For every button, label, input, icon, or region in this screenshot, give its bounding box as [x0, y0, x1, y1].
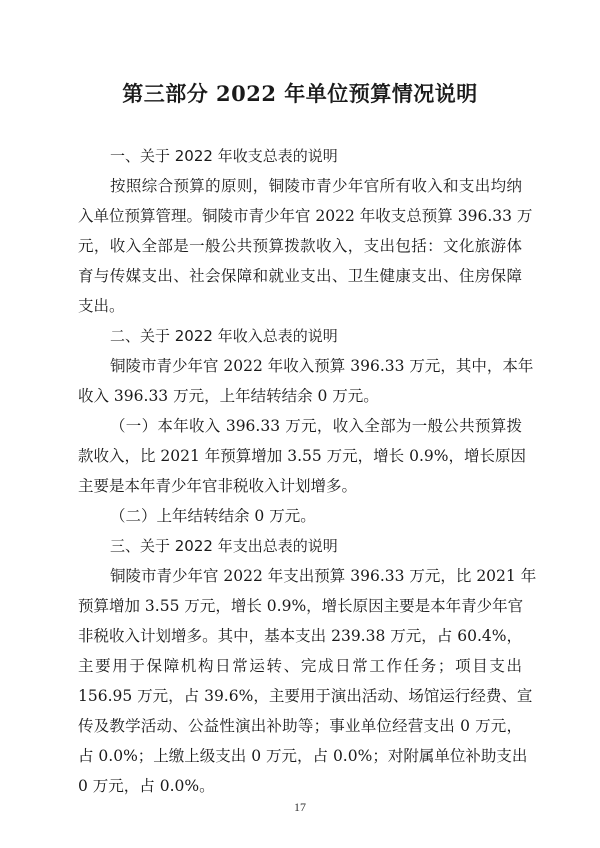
paragraph-line: 育与传媒支出、社会保障和就业支出、卫生健康支出、住房保障: [78, 261, 522, 291]
paragraph-line: 铜陵市青少年官 2022 年支出预算 396.33 万元，比 2021 年: [110, 561, 522, 591]
paragraph-line: 156.95 万元，占 39.6%，主要用于演出活动、场馆运行经费、宣: [78, 681, 522, 711]
paragraph-line: 主要是本年青少年官非税收入计划增多。: [78, 471, 522, 501]
page-title: 第三部分 2022 年单位预算情况说明: [0, 78, 600, 108]
page-number: 17: [0, 800, 600, 815]
paragraph-line: 0 万元，占 0.0%。: [78, 771, 522, 801]
paragraph-line: 传及教学活动、公益性演出补助等；事业单位经营支出 0 万元，: [78, 711, 522, 741]
paragraph-line: （一）本年收入 396.33 万元，收入全部为一般公共预算拨: [110, 411, 522, 441]
paragraph-line: 收入 396.33 万元，上年结转结余 0 万元。: [78, 381, 522, 411]
paragraph-line: 占 0.0%；上缴上级支出 0 万元，占 0.0%；对附属单位补助支出: [78, 741, 522, 771]
paragraph-line: 非税收入计划增多。其中，基本支出 239.38 万元，占 60.4%，: [78, 621, 522, 651]
paragraph-line: 预算增加 3.55 万元，增长 0.9%，增长原因主要是本年青少年官: [78, 591, 522, 621]
section-heading-3: 三、关于 2022 年支出总表的说明: [110, 531, 338, 561]
section-heading-1: 一、关于 2022 年收支总表的说明: [110, 141, 338, 171]
paragraph-line: 入单位预算管理。铜陵市青少年官 2022 年收支总预算 396.33 万: [78, 201, 522, 231]
paragraph-line: （二）上年结转结余 0 万元。: [110, 501, 522, 531]
paragraph-line: 铜陵市青少年官 2022 年收入预算 396.33 万元，其中，本年: [110, 351, 522, 381]
paragraph-line: 款收入，比 2021 年预算增加 3.55 万元，增长 0.9%，增长原因: [78, 441, 522, 471]
section-heading-2: 二、关于 2022 年收入总表的说明: [110, 321, 338, 351]
paragraph-line: 按照综合预算的原则，铜陵市青少年官所有收入和支出均纳: [110, 171, 522, 201]
document-page: 第三部分 2022 年单位预算情况说明 一、关于 2022 年收支总表的说明 按…: [0, 0, 600, 848]
paragraph-line: 元，收入全部是一般公共预算拨款收入，支出包括：文化旅游体: [78, 231, 522, 261]
paragraph-line: 主要用于保障机构日常运转、完成日常工作任务；项目支出: [78, 651, 522, 681]
paragraph-line: 支出。: [78, 291, 522, 321]
